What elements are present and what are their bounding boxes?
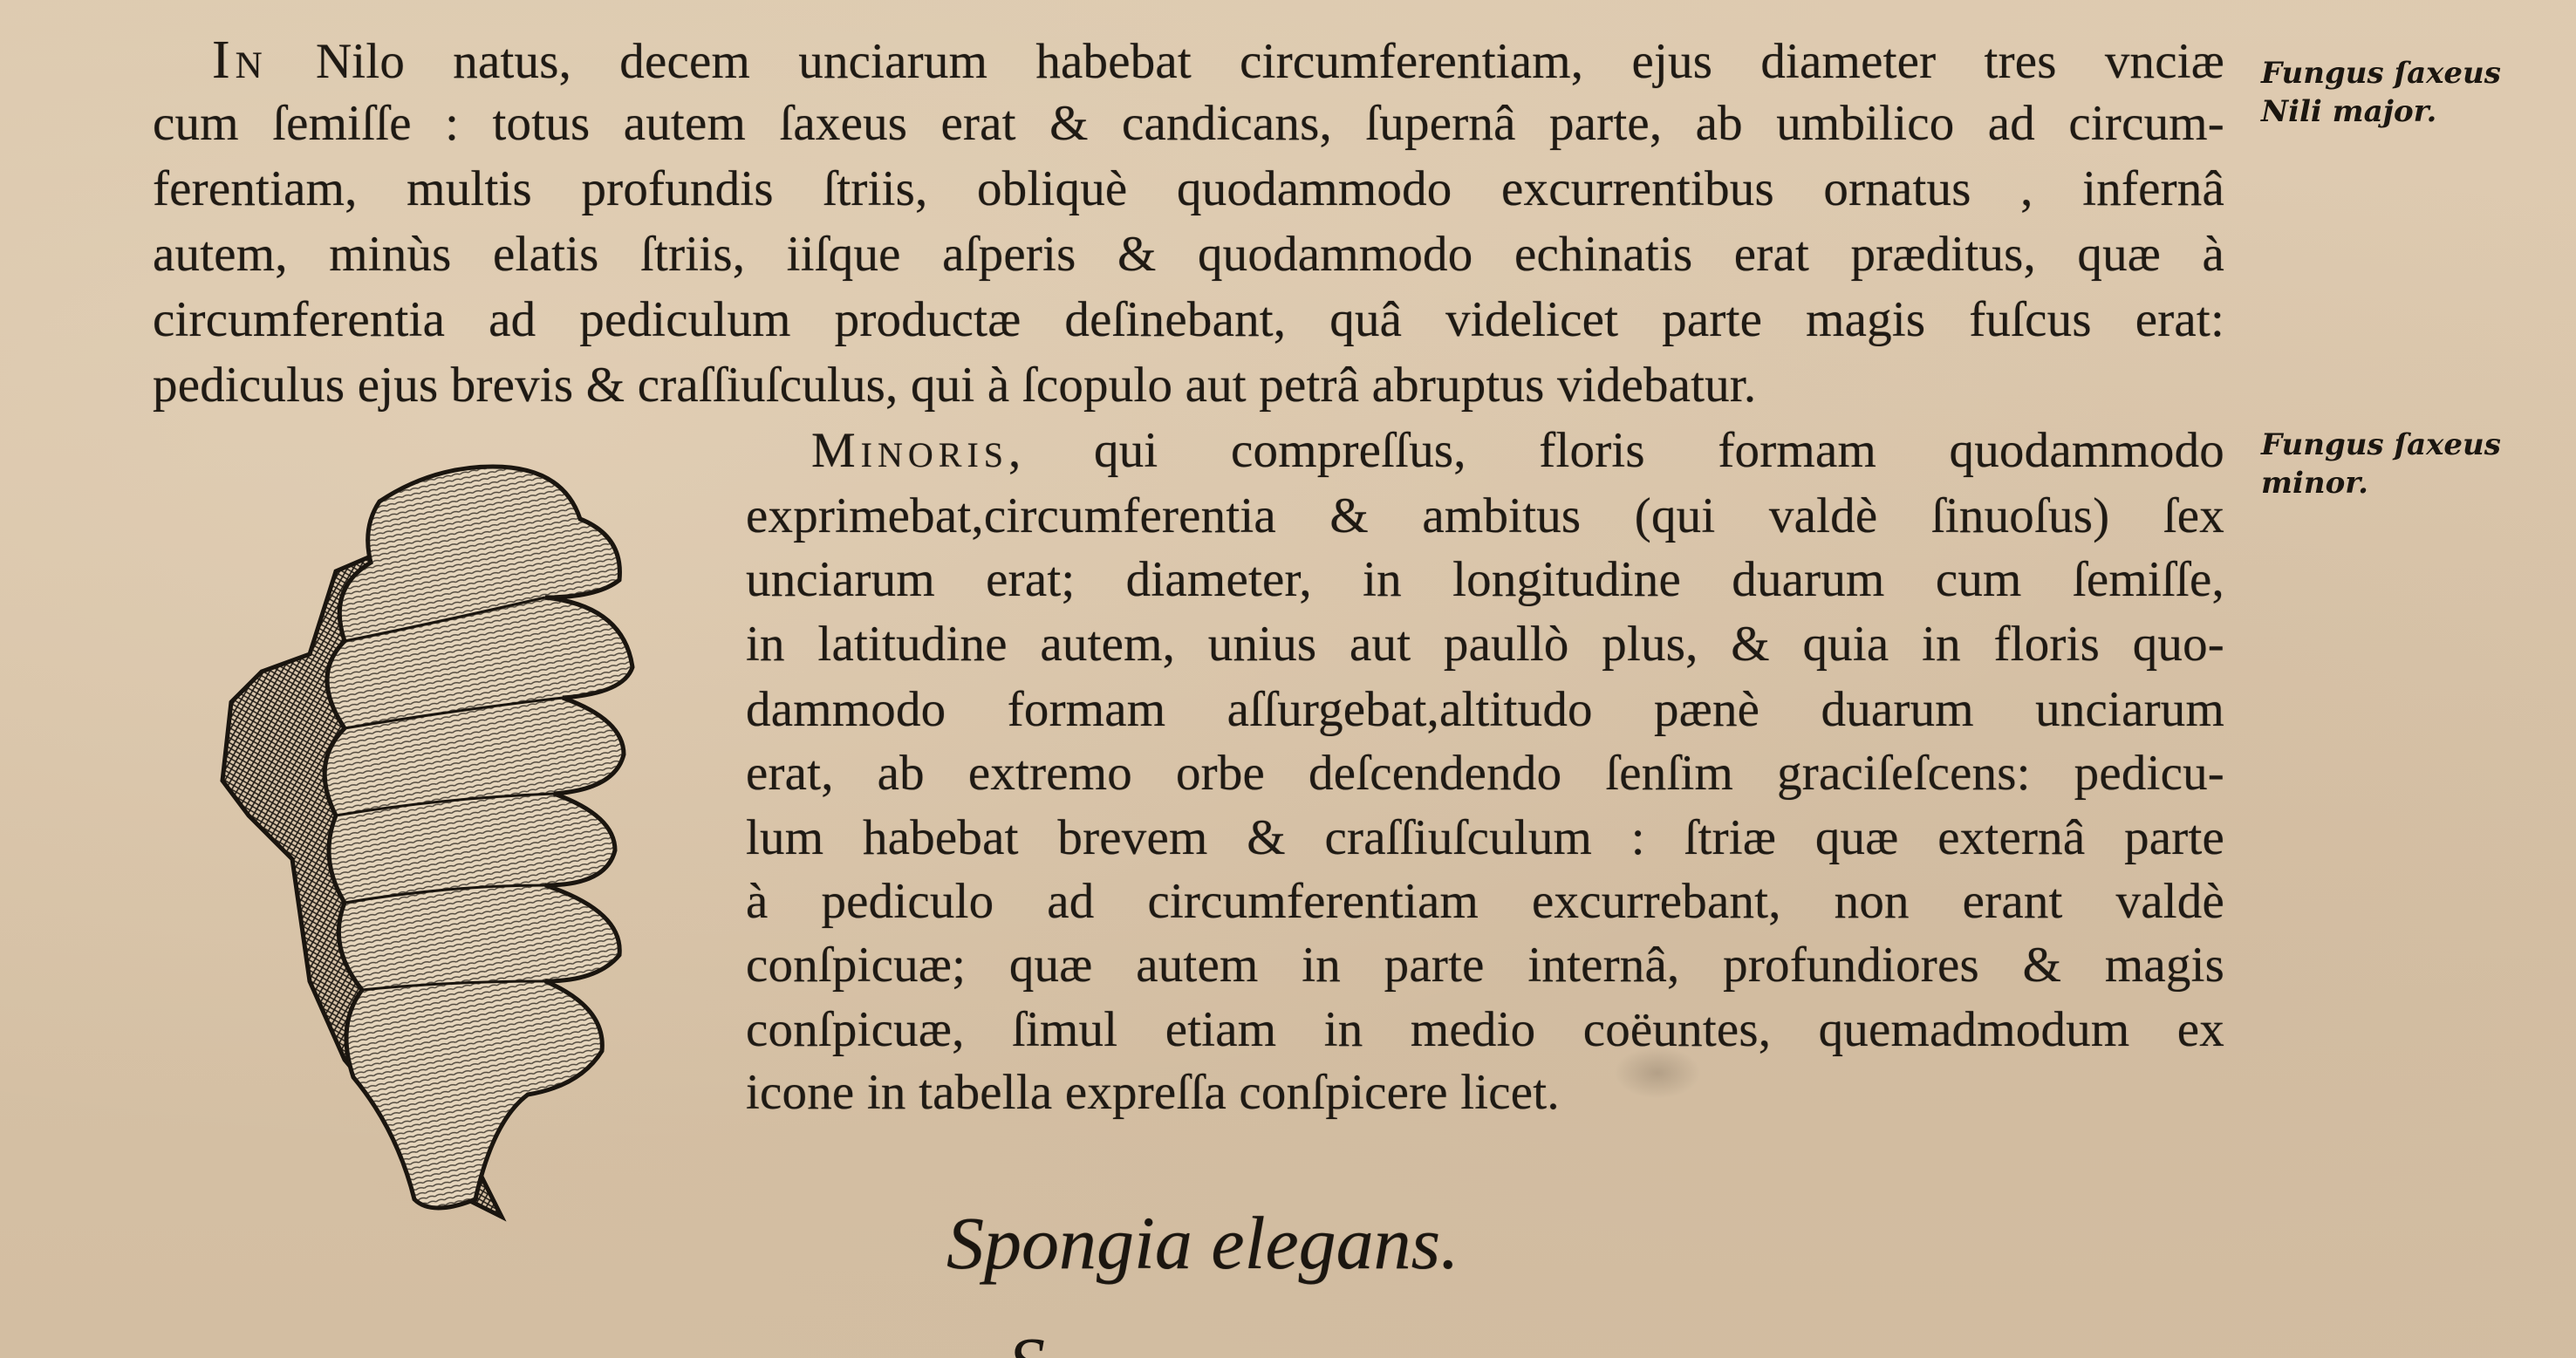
text-line: ferentiam, multis profundis ſtriis, obli…	[153, 164, 2224, 214]
text-line: exprimebat,circumferentia & ambitus (qui…	[746, 491, 2224, 541]
text-line: lum habebat brevem & craſſiuſculum : ſtr…	[746, 813, 2224, 863]
book-page: In Nilo natus, decem unciarum habebat ci…	[0, 0, 2576, 1358]
text-line: Minoris, qui compreſſus, floris formam q…	[746, 426, 2224, 475]
ink-smudge	[1614, 1047, 1701, 1099]
text-line: erat, ab extremo orbe deſcendendo ſenſim…	[746, 748, 2224, 798]
text-line: In Nilo natus, decem unciarum habebat ci…	[153, 33, 2224, 87]
text-line: dammodo formam aſſurgebat,altitudo pӕnè …	[746, 685, 2224, 734]
text-line: autem, minùs elatis ſtriis, iiſque aſper…	[153, 229, 2224, 279]
margin-note-fungus-major: Fungus ſaxeus Nili major.	[2261, 54, 2501, 131]
text-line: conſpicuӕ; quӕ autem in parte internâ, p…	[746, 940, 2224, 990]
text-line: in latitudine autem, unius aut paullò pl…	[746, 619, 2224, 669]
text-line: pediculus ejus brevis & craſſiuſculus, q…	[153, 360, 2224, 410]
text-line: cum ſemiſſe : totus autem ſaxeus erat & …	[153, 99, 2224, 148]
initial-word: In	[212, 31, 268, 90]
text-line: unciarum erat; diameter, in longitudine …	[746, 555, 2224, 604]
fungus-woodcut-illustration	[214, 449, 667, 1243]
text-line: circumferentia ad pediculum productӕ deſ…	[153, 295, 2224, 345]
text-line: icone in tabella expreſſa conſpicere lic…	[746, 1068, 2224, 1117]
cropped-next-line: S	[1008, 1326, 1045, 1358]
text-line: conſpicuӕ, ſimul etiam in medio coëuntes…	[746, 1005, 2224, 1054]
initial-word: Minoris	[811, 423, 1008, 478]
margin-note-fungus-minor: Fungus ſaxeus minor.	[2261, 426, 2501, 502]
text-line: à pediculo ad circumferentiam excurreban…	[746, 877, 2224, 926]
section-heading-spongia-elegans: Spongia elegans.	[946, 1199, 1459, 1286]
